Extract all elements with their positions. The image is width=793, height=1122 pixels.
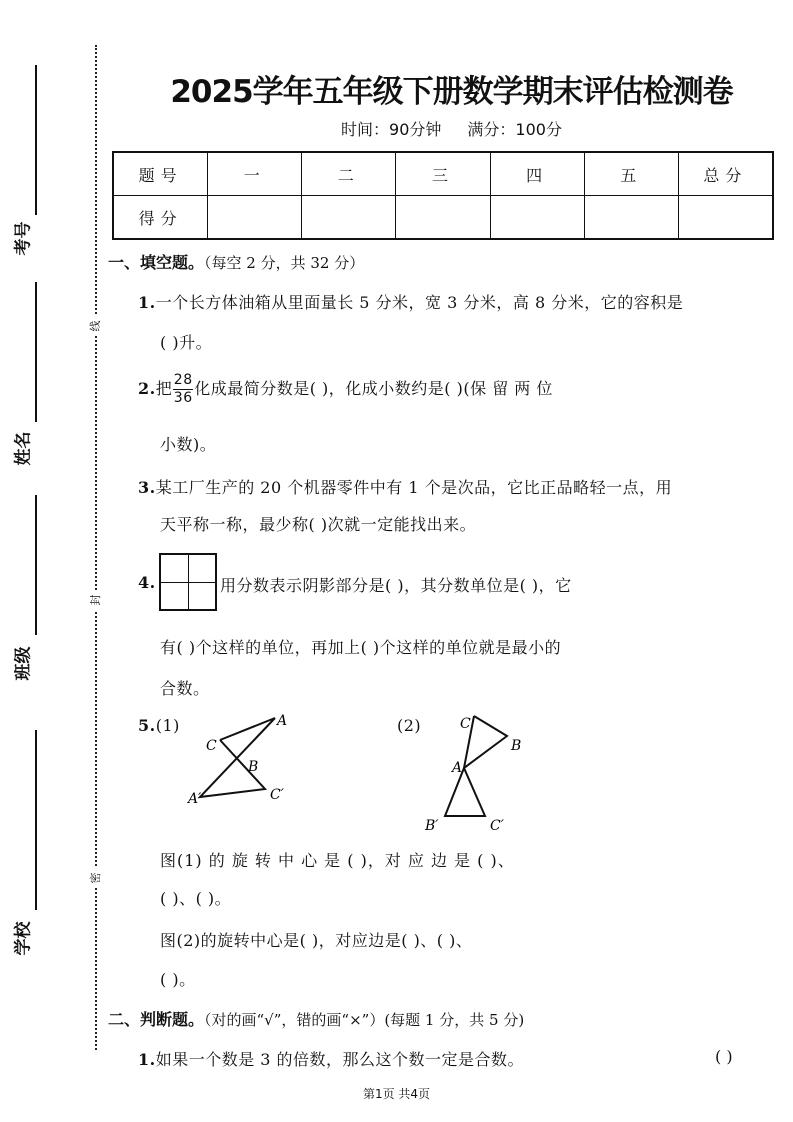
question-2: 2.把2836化成最简分数是( )，化成小数约是( )(保 留 两 位 bbox=[138, 372, 553, 407]
judge-question-1: 1.如果一个数是 3 的倍数，那么这个数一定是合数。 bbox=[138, 1047, 524, 1070]
question-2-text[interactable]: 化成最简分数是( )，化成小数约是( )(保 留 两 位 bbox=[194, 379, 553, 398]
section-1-note: （每空 2 分，共 32 分） bbox=[204, 254, 364, 272]
judge-question-1-text: 如果一个数是 3 的倍数，那么这个数一定是合数。 bbox=[156, 1050, 524, 1069]
exam-time: 时间：90分钟 bbox=[341, 120, 441, 139]
question-4-line-3: 合数。 bbox=[160, 676, 210, 699]
fraction-numerator: 28 bbox=[174, 372, 193, 389]
fig2-point-c-prime: C′ bbox=[490, 818, 505, 834]
school-line bbox=[35, 730, 37, 910]
score-cell-part-4[interactable] bbox=[490, 196, 584, 240]
score-table-header-row: 题号 一 二 三 四 五 总分 bbox=[113, 152, 773, 196]
question-5-fig1-line-1[interactable]: 图(1) 的 旋 转 中 心 是 ( )，对 应 边 是 ( )、 bbox=[160, 848, 515, 871]
fig2-point-b-prime: B′ bbox=[424, 818, 439, 834]
score-cell-total[interactable] bbox=[678, 196, 773, 240]
question-2-continuation: 小数)。 bbox=[160, 432, 216, 455]
question-3-number: 3. bbox=[138, 478, 156, 497]
question-1-number: 1. bbox=[138, 293, 156, 312]
header-cell-question-number: 题号 bbox=[113, 152, 208, 196]
question-2-number: 2. bbox=[138, 379, 156, 398]
header-cell-part-4: 四 bbox=[490, 152, 584, 196]
binding-char-line: 线 bbox=[88, 316, 104, 336]
fig1-point-c-prime: C′ bbox=[270, 787, 285, 803]
four-square-grid-figure bbox=[159, 553, 217, 611]
class-label: 班级 bbox=[9, 655, 34, 681]
question-5: 5.(1) bbox=[138, 716, 180, 735]
score-table: 题号 一 二 三 四 五 总分 得分 bbox=[112, 151, 774, 240]
question-4-number-wrap: 4. bbox=[138, 573, 156, 592]
fig2-point-a: A bbox=[450, 760, 462, 776]
header-cell-part-3: 三 bbox=[396, 152, 490, 196]
question-4-line-2[interactable]: 有( )个这样的单位，再加上( )个这样的单位就是最小的 bbox=[160, 635, 561, 658]
question-4-number: 4. bbox=[138, 573, 156, 592]
section-1-heading: 一、填空题。（每空 2 分，共 32 分） bbox=[108, 250, 364, 273]
exam-full-score: 满分：100分 bbox=[467, 120, 562, 139]
binding-char-seal: 封 bbox=[88, 590, 104, 610]
section-2-note: （对的画“√”，错的画“×”）(每题 1 分，共 5 分) bbox=[204, 1011, 524, 1029]
fraction-denominator: 36 bbox=[174, 390, 193, 407]
question-5-fig2-line-1[interactable]: 图(2)的旋转中心是( )，对应边是( )、( )、 bbox=[160, 928, 472, 951]
score-cell-part-2[interactable] bbox=[302, 196, 396, 240]
question-3: 3.某工厂生产的 20 个机器零件中有 1 个是次品，它比正品略轻一点，用 bbox=[138, 475, 672, 498]
figure-1-label: (1) bbox=[156, 716, 180, 735]
question-4-line-1[interactable]: 用分数表示阴影部分是( )，其分数单位是( )，它 bbox=[220, 573, 572, 596]
exam-number-line bbox=[35, 65, 37, 215]
header-cell-total: 总分 bbox=[678, 152, 773, 196]
score-cell-part-3[interactable] bbox=[396, 196, 490, 240]
name-label: 姓名 bbox=[9, 440, 34, 466]
judge-question-1-answer-box[interactable]: ( ) bbox=[715, 1047, 733, 1066]
binding-char-secret: 密 bbox=[88, 868, 104, 888]
name-line bbox=[35, 282, 37, 422]
question-5-fig2-line-2[interactable]: ( )。 bbox=[160, 967, 196, 990]
fig1-point-b: B bbox=[247, 759, 258, 775]
class-line bbox=[35, 495, 37, 635]
score-row-label: 得分 bbox=[113, 196, 208, 240]
question-3-answer-line[interactable]: 天平称一称，最少称( )次就一定能找出来。 bbox=[160, 512, 476, 535]
fig1-point-a-prime: A′ bbox=[186, 791, 202, 807]
section-2-title: 二、判断题。 bbox=[108, 1010, 204, 1029]
header-cell-part-2: 二 bbox=[302, 152, 396, 196]
binding-dotted-line bbox=[95, 45, 97, 1050]
school-label: 学校 bbox=[9, 930, 34, 956]
fraction-28-36: 2836 bbox=[173, 372, 193, 407]
figure-2-label: (2) bbox=[397, 716, 421, 735]
question-1-answer-line[interactable]: ( )升。 bbox=[160, 330, 212, 353]
fig1-point-c: C bbox=[206, 738, 217, 754]
page-title: 2025学年五年级下册数学期末评估检测卷 bbox=[110, 66, 793, 111]
score-cell-part-5[interactable] bbox=[584, 196, 678, 240]
fig2-point-c: C bbox=[460, 716, 471, 732]
judge-question-1-number: 1. bbox=[138, 1050, 156, 1069]
question-1: 1.一个长方体油箱从里面量长 5 分米，宽 3 分米，高 8 分米，它的容积是 bbox=[138, 290, 683, 313]
exam-number-label: 考号 bbox=[9, 230, 34, 256]
section-2-heading: 二、判断题。（对的画“√”，错的画“×”）(每题 1 分，共 5 分) bbox=[108, 1007, 524, 1030]
header-cell-part-5: 五 bbox=[584, 152, 678, 196]
header-cell-part-1: 一 bbox=[208, 152, 302, 196]
exam-info: 时间：90分钟满分：100分 bbox=[110, 117, 793, 140]
question-5-fig1-line-2[interactable]: ( )、( )。 bbox=[160, 886, 231, 909]
question-2-pre: 把 bbox=[156, 379, 173, 398]
question-5-number: 5. bbox=[138, 716, 156, 735]
question-3-text: 某工厂生产的 20 个机器零件中有 1 个是次品，它比正品略轻一点，用 bbox=[156, 478, 672, 497]
fig1-point-a: A bbox=[275, 713, 287, 729]
score-cell-part-1[interactable] bbox=[208, 196, 302, 240]
rotation-figure-2: C B A B′ C′ bbox=[420, 708, 540, 838]
section-1-title: 一、填空题。 bbox=[108, 253, 204, 272]
score-table-score-row: 得分 bbox=[113, 196, 773, 240]
page-number: 第1页 共4页 bbox=[0, 1085, 793, 1102]
fig2-point-b: B bbox=[510, 738, 521, 754]
question-1-text: 一个长方体油箱从里面量长 5 分米，宽 3 分米，高 8 分米，它的容积是 bbox=[156, 293, 684, 312]
rotation-figure-1: A C B A′ C′ bbox=[185, 705, 305, 810]
